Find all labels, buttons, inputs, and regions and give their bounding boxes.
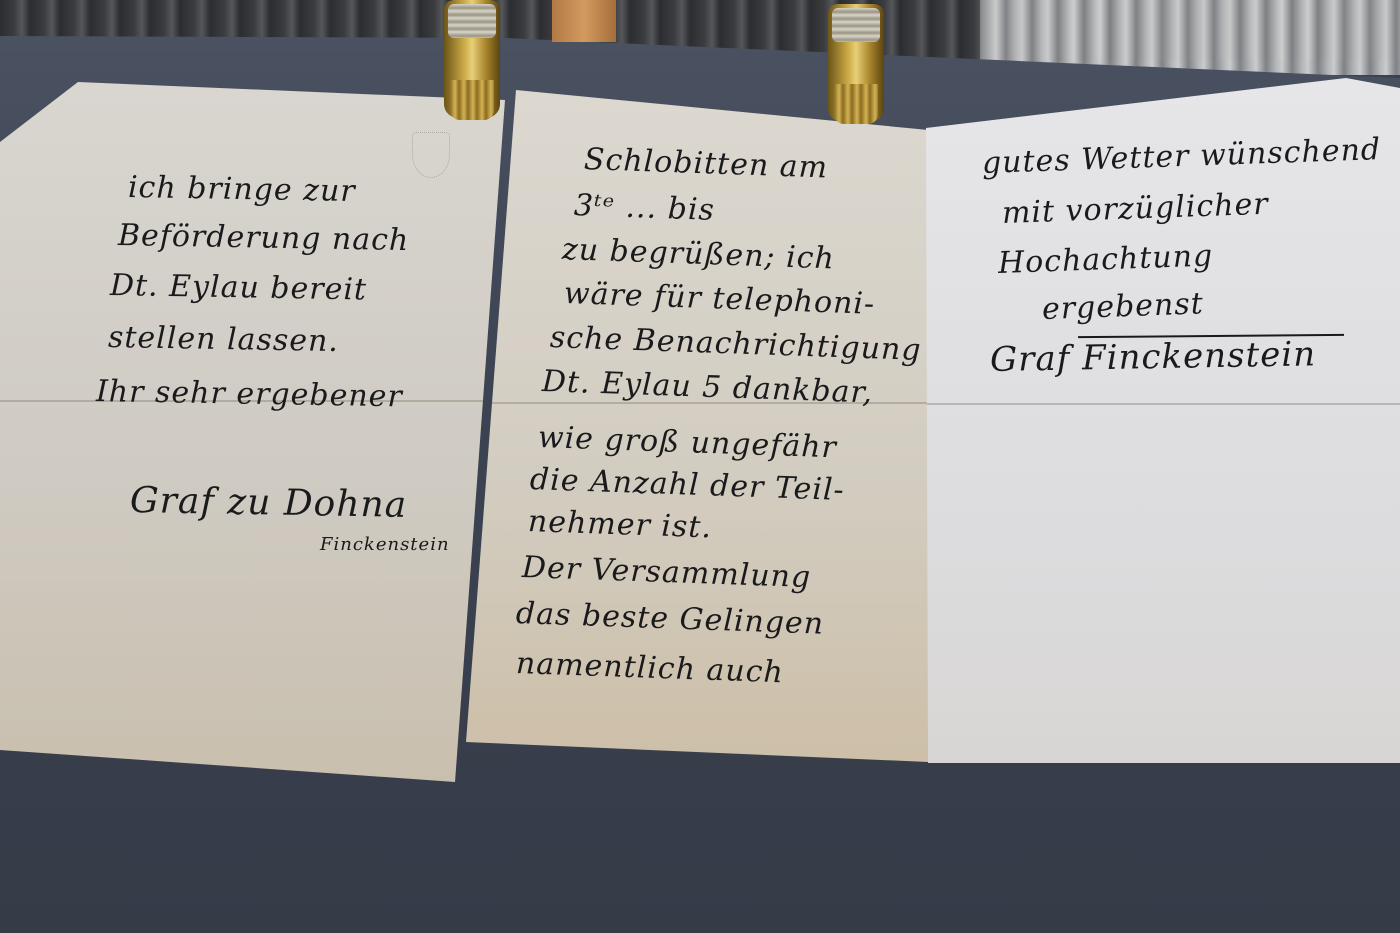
handwritten-line: namentlich auch	[515, 646, 784, 690]
handwritten-line: wie groß ungefähr	[537, 420, 837, 465]
handwritten-line: 3ᵗᵉ ... bis	[573, 188, 715, 228]
handwritten-line: Hochachtung	[997, 238, 1213, 280]
signature: Graf Finckenstein	[990, 334, 1317, 380]
wooden-stand	[552, 0, 616, 42]
handwritten-line: Schlobitten am	[583, 142, 828, 186]
handwritten-line: ergebenst	[1041, 286, 1204, 327]
handwritten-line: zu begrüßen; ich	[561, 232, 835, 277]
handwritten-line: gutes Wetter wünschend	[981, 132, 1381, 181]
letter-page-middle: Schlobitten am 3ᵗᵉ ... bis zu begrüßen; …	[466, 90, 928, 762]
handwritten-line: stellen lassen.	[108, 320, 339, 359]
handwritten-line: die Anzahl der Teil-	[529, 462, 845, 508]
brass-hand-clip-icon	[828, 4, 884, 122]
handwritten-line: Beförderung nach	[118, 218, 410, 258]
handwritten-line: mit vorzüglicher	[1001, 187, 1269, 231]
signature: Graf zu Dohna	[130, 480, 408, 526]
place-name: Finckenstein	[320, 534, 450, 555]
letter-page-right: gutes Wetter wünschend mit vorzüglicher …	[926, 78, 1400, 763]
brass-hand-clip-icon	[444, 0, 500, 118]
handwritten-line: sche Benachrichtigung	[549, 320, 922, 368]
handwritten-line: nehmer ist.	[527, 504, 712, 545]
embossed-crest-icon	[412, 132, 450, 178]
letter-page-left: ich bringe zur Beförderung nach Dt. Eyla…	[0, 82, 505, 782]
handwritten-line: wäre für telephoni-	[563, 276, 875, 322]
handwritten-line: das beste Gelingen	[515, 596, 824, 642]
fold-line	[926, 403, 1400, 405]
handwritten-line: ich bringe zur	[128, 170, 356, 209]
handwritten-line: Ihr sehr ergebener	[96, 374, 403, 414]
handwritten-line: Dt. Eylau bereit	[110, 268, 368, 307]
handwritten-line: Der Versammlung	[521, 550, 811, 595]
